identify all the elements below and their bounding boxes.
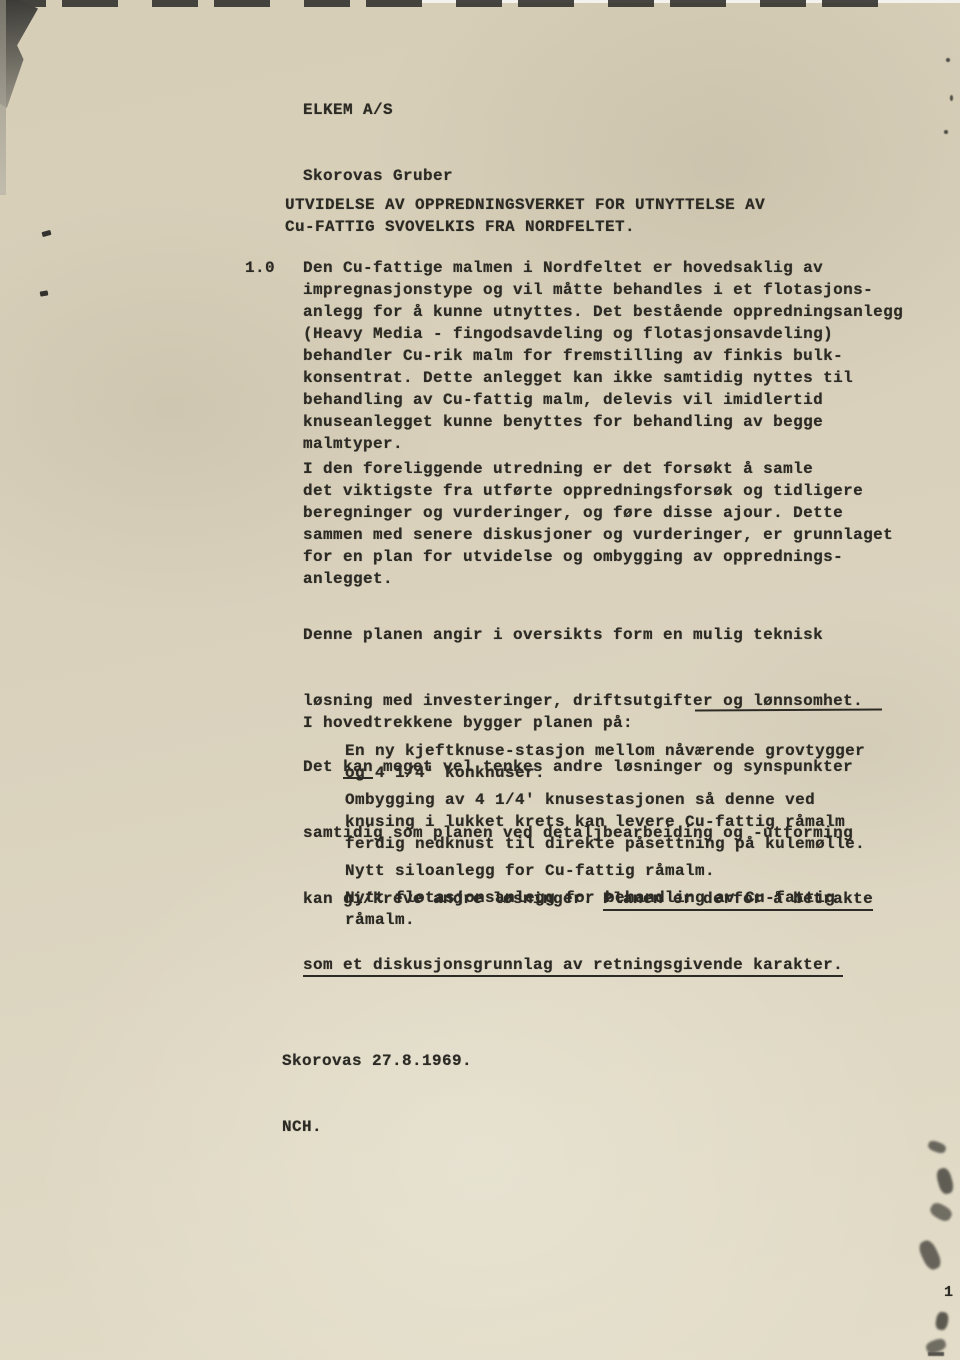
lead-in-sentence: I hovedtrekkene bygger planen på: bbox=[303, 712, 633, 734]
list-item: Nytt siloanlegg for Cu-fattig råmalm. bbox=[345, 860, 715, 882]
margin-mark bbox=[40, 290, 49, 296]
section-number: 1.0 bbox=[245, 257, 275, 279]
signoff: Skorovas 27.8.1969. NCH. bbox=[282, 1006, 472, 1182]
scan-speck bbox=[944, 130, 948, 134]
scan-smudge bbox=[935, 1311, 950, 1331]
paragraph-2: I den foreliggende utredning er det fors… bbox=[303, 458, 893, 590]
page-number: 1 bbox=[944, 1282, 953, 1304]
scan-speck bbox=[946, 58, 950, 62]
company-name: ELKEM A/S bbox=[303, 99, 453, 121]
scan-speck bbox=[950, 95, 953, 101]
paragraph-line: løsning med investeringer, driftsutgifte… bbox=[303, 690, 873, 712]
scan-smudge bbox=[935, 1167, 955, 1196]
site-name: Skorovas Gruber bbox=[303, 165, 453, 187]
document-title: UTVIDELSE AV OPPREDNINGSVERKET FOR UTNYT… bbox=[285, 194, 765, 238]
scan-top-tear-edge bbox=[0, 0, 884, 7]
paragraph-1: Den Cu-fattige malmen i Nordfeltet er ho… bbox=[303, 257, 903, 455]
scan-smudge bbox=[927, 1139, 947, 1155]
paragraph-line: Denne planen angir i oversikts form en m… bbox=[303, 624, 873, 646]
scan-smudge bbox=[928, 1200, 954, 1223]
signoff-initials: NCH. bbox=[282, 1116, 472, 1138]
list-item: Nytt flotasjonsanlegg for behandling av … bbox=[345, 887, 835, 931]
scan-smudge bbox=[928, 1352, 944, 1356]
margin-mark bbox=[42, 230, 52, 237]
scan-left-edge-shadow bbox=[0, 0, 6, 195]
scanned-document-page: ELKEM A/S Skorovas Gruber UTVIDELSE AV O… bbox=[0, 0, 960, 1360]
list-item: En ny kjeftknuse-stasjon mellom nåværend… bbox=[345, 740, 865, 784]
paragraph-line: som et diskusjonsgrunnlag av retningsgiv… bbox=[303, 954, 873, 976]
scan-smudge bbox=[916, 1238, 943, 1272]
list-item: Ombygging av 4 1/4' knusestasjonen så de… bbox=[345, 789, 865, 855]
signoff-place-date: Skorovas 27.8.1969. bbox=[282, 1050, 472, 1072]
